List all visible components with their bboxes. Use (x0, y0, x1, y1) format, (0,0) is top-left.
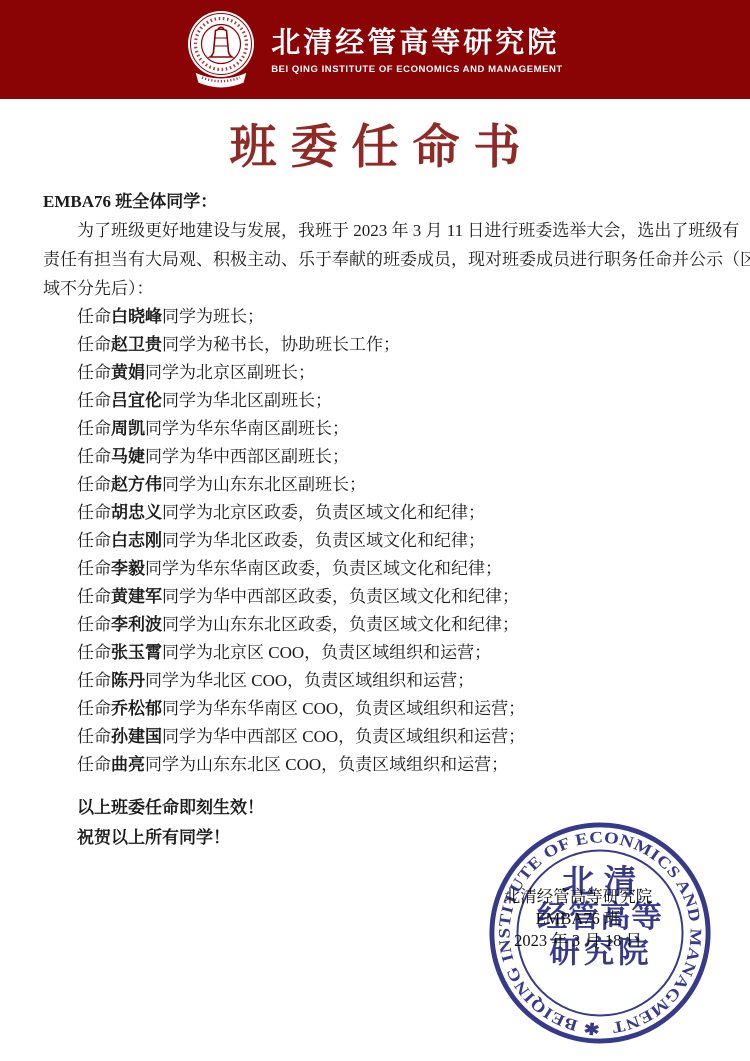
appointment-role: 同学为北京区政委，负责区域文化和纪律； (162, 503, 485, 522)
appointment-role: 同学为华中西部区政委，负责区域文化和纪律； (162, 587, 519, 606)
appointee-name: 吕宜伦 (111, 391, 162, 410)
appointment-prefix: 任命 (77, 559, 111, 578)
appointment-role: 同学为山东东北区政委，负责区域文化和纪律； (162, 615, 519, 634)
appointment-line: 任命李利波同学为山东东北区政委，负责区域文化和纪律； (43, 611, 707, 639)
appointment-prefix: 任命 (77, 615, 111, 634)
intro-line: 为了班级更好地建设与发展，我班于 2023 年 3 月 11 日进行班委选举大会… (43, 216, 707, 245)
appointee-name: 赵卫贵 (111, 335, 162, 354)
appointment-prefix: 任命 (77, 475, 111, 494)
appointment-prefix: 任命 (77, 307, 111, 326)
appointee-name: 陈丹 (111, 671, 145, 690)
appointment-prefix: 任命 (77, 363, 111, 382)
appointment-prefix: 任命 (77, 335, 111, 354)
appointment-role: 同学为华东华南区政委，负责区域文化和纪律； (145, 559, 502, 578)
appointment-role: 同学为华北区 COO，负责区域组织和运营； (145, 671, 474, 690)
appointment-role: 同学为华中西部区副班长； (145, 447, 349, 466)
appointment-role: 同学为班长； (162, 307, 264, 326)
appointment-role: 同学为华北区政委，负责区域文化和纪律； (162, 531, 485, 550)
institute-name-cn: 北清经管高等研究院 (271, 25, 559, 59)
appointment-prefix: 任命 (77, 727, 111, 746)
closing-line: 以上班委任命即刻生效！ (43, 793, 707, 823)
appointment-line: 任命马婕同学为华中西部区副班长； (43, 443, 707, 471)
appointment-list: 任命白晓峰同学为班长； 任命赵卫贵同学为秘书长，协助班长工作； 任命黄娟同学为北… (43, 303, 707, 779)
appointment-line: 任命孙建国同学为华中西部区 COO，负责区域组织和运营； (43, 723, 707, 751)
appointment-prefix: 任命 (77, 391, 111, 410)
appointment-line: 任命白志刚同学为华北区政委，负责区域文化和纪律； (43, 527, 707, 555)
appointment-role: 同学为华中西部区 COO，负责区域组织和运营； (162, 727, 525, 746)
appointee-name: 曲亮 (111, 755, 145, 774)
appointment-role: 同学为北京区 COO，负责区域组织和运营； (162, 643, 491, 662)
appointment-prefix: 任命 (77, 419, 111, 438)
institute-name-en: BEI QING INSTITUTE OF ECONOMICS AND MANA… (271, 64, 562, 75)
signature-org: 北清经管高等研究院 (504, 886, 653, 908)
appointment-line: 任命陈丹同学为华北区 COO，负责区域组织和运营； (43, 667, 707, 695)
intro-line: 域不分先后）： (43, 274, 707, 303)
appointee-name: 李利波 (111, 615, 162, 634)
appointment-line: 任命吕宜伦同学为华北区副班长； (43, 387, 707, 415)
appointment-prefix: 任命 (77, 755, 111, 774)
appointment-line: 任命李毅同学为华东华南区政委，负责区域文化和纪律； (43, 555, 707, 583)
intro-paragraph: 为了班级更好地建设与发展，我班于 2023 年 3 月 11 日进行班委选举大会… (43, 216, 707, 303)
appointment-line: 任命赵卫贵同学为秘书长，协助班长工作； (43, 331, 707, 359)
appointment-prefix: 任命 (77, 531, 111, 550)
appointment-role: 同学为山东东北区副班长； (162, 475, 366, 494)
appointment-prefix: 任命 (77, 447, 111, 466)
appointment-prefix: 任命 (77, 587, 111, 606)
salutation: EMBA76 班全体同学： (43, 187, 707, 216)
appointment-line: 任命胡忠义同学为北京区政委，负责区域文化和纪律； (43, 499, 707, 527)
appointee-name: 张玉霄 (111, 643, 162, 662)
appointee-name: 乔松郁 (111, 699, 162, 718)
appointee-name: 马婕 (111, 447, 145, 466)
signature-block: 北清经管高等研究院 EMBA76 班 2023 年 3 月 18 日 (478, 886, 678, 952)
intro-line: 责任有担当有大局观、积极主动、乐于奉献的班委成员，现对班委成员进行职务任命并公示… (43, 245, 707, 274)
appointee-name: 白志刚 (111, 531, 162, 550)
appointment-role: 同学为秘书长，协助班长工作； (162, 335, 400, 354)
appointment-line: 任命张玉霄同学为北京区 COO，负责区域组织和运营； (43, 639, 707, 667)
appointee-name: 白晓峰 (111, 307, 162, 326)
signature-class: EMBA76 班 (536, 908, 621, 930)
appointment-line: 任命赵方伟同学为山东东北区副班长； (43, 471, 707, 499)
appointee-name: 孙建国 (111, 727, 162, 746)
appointee-name: 黄娟 (111, 363, 145, 382)
header-banner: 北清经管高等研究院 BEI QING INSTITUTE OF ECONOMIC… (0, 0, 750, 99)
signature-date: 2023 年 3 月 18 日 (514, 930, 642, 952)
appointment-prefix: 任命 (77, 503, 111, 522)
appointment-line: 任命黄建军同学为华中西部区政委，负责区域文化和纪律； (43, 583, 707, 611)
appointment-line: 任命曲亮同学为山东东北区 COO，负责区域组织和运营； (43, 751, 707, 779)
letter-body: EMBA76 班全体同学： 为了班级更好地建设与发展，我班于 2023 年 3 … (43, 187, 707, 853)
appointment-role: 同学为山东东北区 COO，负责区域组织和运营； (145, 755, 508, 774)
appointee-name: 李毅 (111, 559, 145, 578)
appointee-name: 胡忠义 (111, 503, 162, 522)
institute-logo-icon (187, 10, 255, 94)
appointment-role: 同学为华东华南区 COO，负责区域组织和运营； (162, 699, 525, 718)
appointee-name: 赵方伟 (111, 475, 162, 494)
appointment-prefix: 任命 (77, 643, 111, 662)
appointee-name: 周凯 (111, 419, 145, 438)
institute-name-block: 北清经管高等研究院 BEI QING INSTITUTE OF ECONOMIC… (271, 25, 562, 75)
appointment-prefix: 任命 (77, 699, 111, 718)
appointment-role: 同学为北京区副班长； (145, 363, 315, 382)
appointment-prefix: 任命 (77, 671, 111, 690)
appointee-name: 黄建军 (111, 587, 162, 606)
appointment-role: 同学为华东华南区副班长； (145, 419, 349, 438)
appointment-line: 任命周凯同学为华东华南区副班长； (43, 415, 707, 443)
appointment-role: 同学为华北区副班长； (162, 391, 332, 410)
appointment-line: 任命乔松郁同学为华东华南区 COO，负责区域组织和运营； (43, 695, 707, 723)
page-title: 班委任命书 (0, 110, 750, 177)
appointment-letter-page: 北清经管高等研究院 BEI QING INSTITUTE OF ECONOMIC… (0, 0, 750, 1061)
appointment-line: 任命白晓峰同学为班长； (43, 303, 707, 331)
appointment-line: 任命黄娟同学为北京区副班长； (43, 359, 707, 387)
